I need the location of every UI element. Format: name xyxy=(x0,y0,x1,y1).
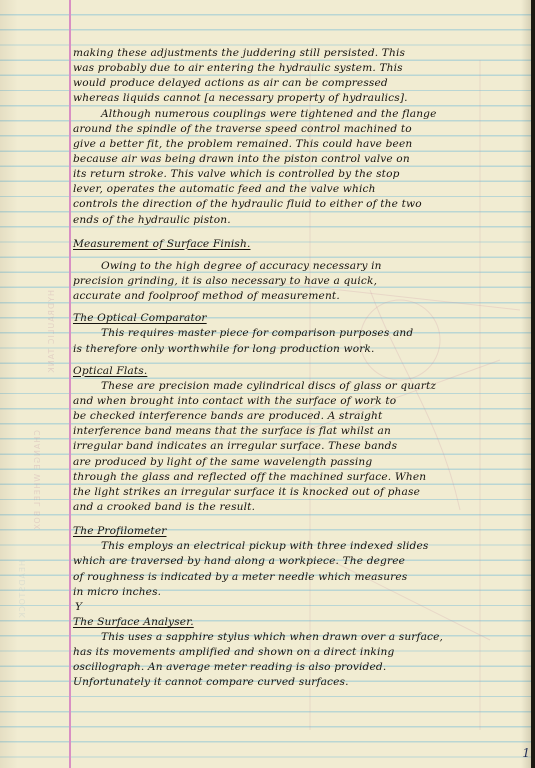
stray-mark: Y xyxy=(73,600,531,615)
handwritten-text: making these adjustments the juddering s… xyxy=(73,46,531,691)
show-through-label: CHANGE WHEEL BOX xyxy=(33,430,42,531)
section-surface-analyser: The Surface Analyser. This uses a sapphi… xyxy=(73,615,531,691)
text-line: give a better fit, the problem remained.… xyxy=(73,137,531,152)
notebook-page: CHANGE WHEEL BOX HYDRAULIC TANK HEADSTOC… xyxy=(0,0,535,768)
text-line: and when brought into contact with the s… xyxy=(73,394,531,409)
text-line: whereas liquids cannot [a necessary prop… xyxy=(73,91,531,106)
text-line: Although numerous couplings were tighten… xyxy=(73,107,531,122)
text-line: making these adjustments the juddering s… xyxy=(73,46,531,61)
text-line: ends of the hydraulic piston. xyxy=(73,213,531,228)
text-line: has its movements amplified and shown on… xyxy=(73,645,531,660)
text-line: the light strikes an irregular surface i… xyxy=(73,485,531,500)
text-line: through the glass and reflected off the … xyxy=(73,470,531,485)
show-through-label: HYDRAULIC TANK xyxy=(47,290,56,374)
text-line: These are precision made cylindrical dis… xyxy=(73,379,531,394)
section-heading: Measurement of Surface Finish. xyxy=(73,237,250,252)
section-heading: The Optical Comparator xyxy=(73,311,207,326)
text-line: is therefore only worthwhile for long pr… xyxy=(73,342,531,357)
text-line: and a crooked band is the result. xyxy=(73,500,531,515)
text-line: because air was being drawn into the pis… xyxy=(73,152,531,167)
section-optical-flats: Optical Flats. These are precision made … xyxy=(73,364,531,515)
margin-line xyxy=(69,0,71,768)
page-edge-shadow xyxy=(531,0,535,768)
text-line: of roughness is indicated by a meter nee… xyxy=(73,570,531,585)
text-line: was probably due to air entering the hyd… xyxy=(73,61,531,76)
text-line: accurate and foolproof method of measure… xyxy=(73,289,531,304)
text-line: are produced by light of the same wavele… xyxy=(73,455,531,470)
section-surface-finish: Measurement of Surface Finish. Owing to … xyxy=(73,237,531,305)
text-line: controls the direction of the hydraulic … xyxy=(73,197,531,212)
page-number-fragment: 1 xyxy=(522,746,530,760)
section-heading: Optical Flats. xyxy=(73,364,147,379)
text-line: lever, operates the automatic feed and t… xyxy=(73,182,531,197)
text-line: interference band means that the surface… xyxy=(73,424,531,439)
section-heading: The Profilometer xyxy=(73,524,166,539)
text-line: irregular band indicates an irregular su… xyxy=(73,439,531,454)
text-line: its return stroke. This valve which is c… xyxy=(73,167,531,182)
text-line: be checked interference bands are produc… xyxy=(73,409,531,424)
text-line: precision grinding, it is also necessary… xyxy=(73,274,531,289)
text-line: Owing to the high degree of accuracy nec… xyxy=(73,259,531,274)
text-line: This employs an electrical pickup with t… xyxy=(73,539,531,554)
section-optical-comparator: The Optical Comparator This requires mas… xyxy=(73,311,531,356)
text-line: oscillograph. An average meter reading i… xyxy=(73,660,531,675)
text-line: This uses a sapphire stylus which when d… xyxy=(73,630,531,645)
text-line: in micro inches. xyxy=(73,585,531,600)
text-line: which are traversed by hand along a work… xyxy=(73,554,531,569)
couplings-paragraph: Although numerous couplings were tighten… xyxy=(73,107,531,228)
intro-paragraph: making these adjustments the juddering s… xyxy=(73,46,531,107)
show-through-label: HEADSTOCK xyxy=(18,560,27,619)
section-profilometer: The Profilometer This employs an electri… xyxy=(73,524,531,615)
text-line: around the spindle of the traverse speed… xyxy=(73,122,531,137)
text-line: This requires master piece for compariso… xyxy=(73,326,531,341)
text-line: Unfortunately it cannot compare curved s… xyxy=(73,675,531,690)
text-line: would produce delayed actions as air can… xyxy=(73,76,531,91)
section-heading: The Surface Analyser. xyxy=(73,615,194,630)
